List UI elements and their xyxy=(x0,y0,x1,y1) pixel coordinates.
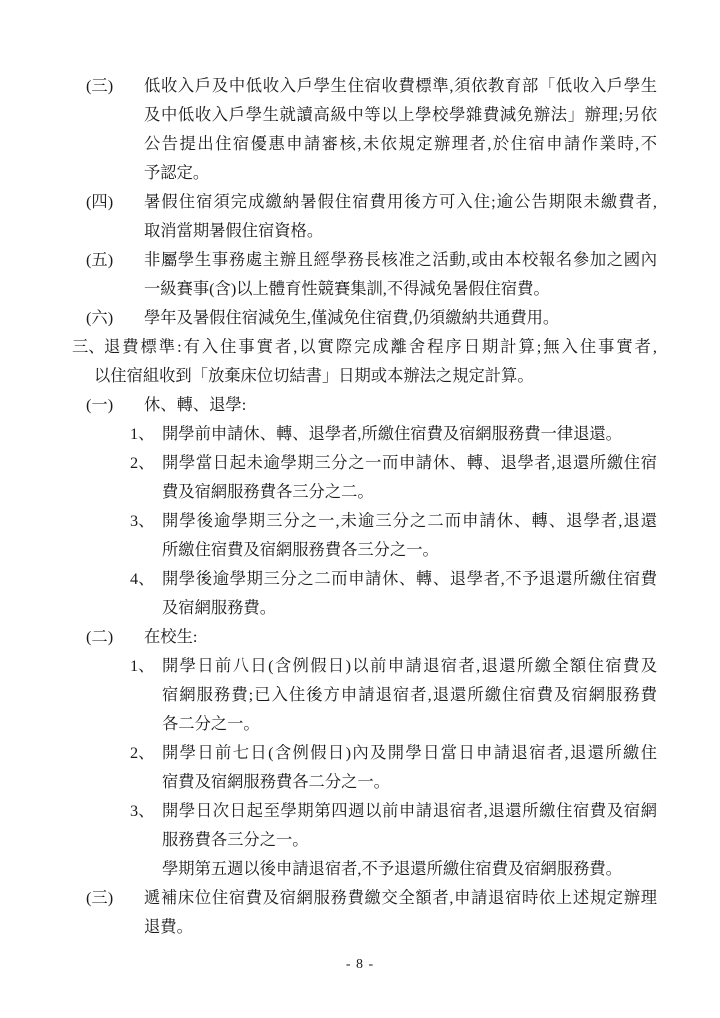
doc-line: 所繳住宿費及宿網服務費各三分之一。 xyxy=(0,535,720,564)
item-label: 2、 xyxy=(130,738,162,767)
line-text: 及中低收入戶學生就讀高級中等以上學校學雜費減免辦法」辦理;另依 xyxy=(144,100,657,129)
item-label: 1、 xyxy=(130,419,162,448)
line-text: 開學當日起未逾學期三分之一而申請休、轉、退學者,退還所繳住宿 xyxy=(162,448,657,477)
doc-line: 4、 開學後逾學期三分之二而申請休、轉、退學者,不予退還所繳住宿費 xyxy=(0,564,720,593)
doc-line: 及中低收入戶學生就讀高級中等以上學校學雜費減免辦法」辦理;另依 xyxy=(0,100,720,129)
line-text: 開學日前七日(含例假日)內及開學日當日申請退宿者,退還所繳住 xyxy=(162,738,657,767)
line-text: 取消當期暑假住宿資格。 xyxy=(144,216,657,245)
line-text: 暑假住宿須完成繳納暑假住宿費用後方可入住;逾公告期限未繳費者, xyxy=(144,187,657,216)
item-label: (三) xyxy=(86,71,144,100)
line-text: 休、轉、退學: xyxy=(144,390,657,419)
doc-line: (三) 低收入戶及中低收入戶學生住宿收費標準,須依教育部「低收入戶學生 xyxy=(0,71,720,100)
doc-line: 2、 開學日前七日(含例假日)內及開學日當日申請退宿者,退還所繳住 xyxy=(0,738,720,767)
doc-line: 及宿網服務費。 xyxy=(0,593,720,622)
doc-line: 一級賽事(含)以上體育性競賽集訓,不得減免暑假住宿費。 xyxy=(0,274,720,303)
item-label: (五) xyxy=(86,245,144,274)
doc-line: 宿費及宿網服務費各二分之一。 xyxy=(0,767,720,796)
item-label: (二) xyxy=(86,622,144,651)
item-label: (三) xyxy=(86,883,144,912)
doc-line: 3、 開學日次日起至學期第四週以前申請退宿者,退還所繳住宿費及宿網 xyxy=(0,796,720,825)
line-text: 服務費各三分之一。 xyxy=(162,825,657,854)
line-text: 一級賽事(含)以上體育性競賽集訓,不得減免暑假住宿費。 xyxy=(144,274,657,303)
doc-line: 予認定。 xyxy=(0,158,720,187)
line-text: 開學後逾學期三分之二而申請休、轉、退學者,不予退還所繳住宿費 xyxy=(162,564,657,593)
document-body: (三) 低收入戶及中低收入戶學生住宿收費標準,須依教育部「低收入戶學生 及中低收… xyxy=(0,71,720,941)
line-text: 退費。 xyxy=(144,912,657,941)
item-label: 1、 xyxy=(130,651,162,680)
line-text: 學年及暑假住宿減免生,僅減免住宿費,仍須繳納共通費用。 xyxy=(144,303,657,332)
doc-line: 宿網服務費;已入住後方申請退宿者,退還所繳住宿費及宿網服務費 xyxy=(0,680,720,709)
doc-line: (二) 在校生: xyxy=(0,622,720,651)
doc-line: 學期第五週以後申請退宿者,不予退還所繳住宿費及宿網服務費。 xyxy=(0,854,720,883)
doc-line: 各二分之一。 xyxy=(0,709,720,738)
line-text: 宿網服務費;已入住後方申請退宿者,退還所繳住宿費及宿網服務費 xyxy=(162,680,657,709)
doc-line: 三、 退費標準:有入住事實者,以實際完成離舍程序日期計算;無入住事實者, xyxy=(0,332,720,361)
line-text: 開學日前八日(含例假日)以前申請退宿者,退還所繳全額住宿費及 xyxy=(162,651,657,680)
item-label: 3、 xyxy=(130,506,162,535)
item-label: 2、 xyxy=(130,448,162,477)
line-text: 開學前申請休、轉、退學者,所繳住宿費及宿網服務費一律退還。 xyxy=(162,419,657,448)
line-text: 非屬學生事務處主辦且經學務長核准之活動,或由本校報名參加之國內 xyxy=(144,245,657,274)
doc-line: 退費。 xyxy=(0,912,720,941)
item-label: (四) xyxy=(86,187,144,216)
doc-line: (五) 非屬學生事務處主辦且經學務長核准之活動,或由本校報名參加之國內 xyxy=(0,245,720,274)
doc-line: 費及宿網服務費各三分之二。 xyxy=(0,477,720,506)
doc-line: (三) 遞補床位住宿費及宿網服務費繳交全額者,申請退宿時依上述規定辦理 xyxy=(0,883,720,912)
doc-line: 1、 開學前申請休、轉、退學者,所繳住宿費及宿網服務費一律退還。 xyxy=(0,419,720,448)
doc-line: 1、 開學日前八日(含例假日)以前申請退宿者,退還所繳全額住宿費及 xyxy=(0,651,720,680)
line-text: 以住宿組收到「放棄床位切結書」日期或本辦法之規定計算。 xyxy=(94,361,657,390)
line-text: 低收入戶及中低收入戶學生住宿收費標準,須依教育部「低收入戶學生 xyxy=(144,71,657,100)
item-label: 4、 xyxy=(130,564,162,593)
item-label: (一) xyxy=(86,390,144,419)
item-label: (六) xyxy=(86,303,144,332)
doc-line: 以住宿組收到「放棄床位切結書」日期或本辦法之規定計算。 xyxy=(0,361,720,390)
line-text: 各二分之一。 xyxy=(162,709,657,738)
line-text: 宿費及宿網服務費各二分之一。 xyxy=(162,767,657,796)
item-label: 三、 xyxy=(72,332,104,361)
item-label: 3、 xyxy=(130,796,162,825)
line-text: 退費標準:有入住事實者,以實際完成離舍程序日期計算;無入住事實者, xyxy=(104,332,657,361)
doc-line: 服務費各三分之一。 xyxy=(0,825,720,854)
line-text: 予認定。 xyxy=(144,158,657,187)
line-text: 在校生: xyxy=(144,622,657,651)
line-text: 費及宿網服務費各三分之二。 xyxy=(162,477,657,506)
doc-line: 取消當期暑假住宿資格。 xyxy=(0,216,720,245)
doc-line: 2、 開學當日起未逾學期三分之一而申請休、轉、退學者,退還所繳住宿 xyxy=(0,448,720,477)
doc-line: 3、 開學後逾學期三分之一,未逾三分之二而申請休、轉、退學者,退還 xyxy=(0,506,720,535)
line-text: 所繳住宿費及宿網服務費各三分之一。 xyxy=(162,535,657,564)
line-text: 公告提出住宿優惠申請審核,未依規定辦理者,於住宿申請作業時,不 xyxy=(144,129,657,158)
doc-line: (四) 暑假住宿須完成繳納暑假住宿費用後方可入住;逾公告期限未繳費者, xyxy=(0,187,720,216)
line-text: 學期第五週以後申請退宿者,不予退還所繳住宿費及宿網服務費。 xyxy=(162,854,657,883)
doc-line: (一) 休、轉、退學: xyxy=(0,390,720,419)
line-text: 遞補床位住宿費及宿網服務費繳交全額者,申請退宿時依上述規定辦理 xyxy=(144,883,657,912)
doc-line: 公告提出住宿優惠申請審核,未依規定辦理者,於住宿申請作業時,不 xyxy=(0,129,720,158)
page-number: - 8 - xyxy=(0,955,720,975)
line-text: 開學後逾學期三分之一,未逾三分之二而申請休、轉、退學者,退還 xyxy=(162,506,657,535)
line-text: 及宿網服務費。 xyxy=(162,593,657,622)
doc-line: (六) 學年及暑假住宿減免生,僅減免住宿費,仍須繳納共通費用。 xyxy=(0,303,720,332)
line-text: 開學日次日起至學期第四週以前申請退宿者,退還所繳住宿費及宿網 xyxy=(162,796,657,825)
document-page: (三) 低收入戶及中低收入戶學生住宿收費標準,須依教育部「低收入戶學生 及中低收… xyxy=(0,0,720,1018)
